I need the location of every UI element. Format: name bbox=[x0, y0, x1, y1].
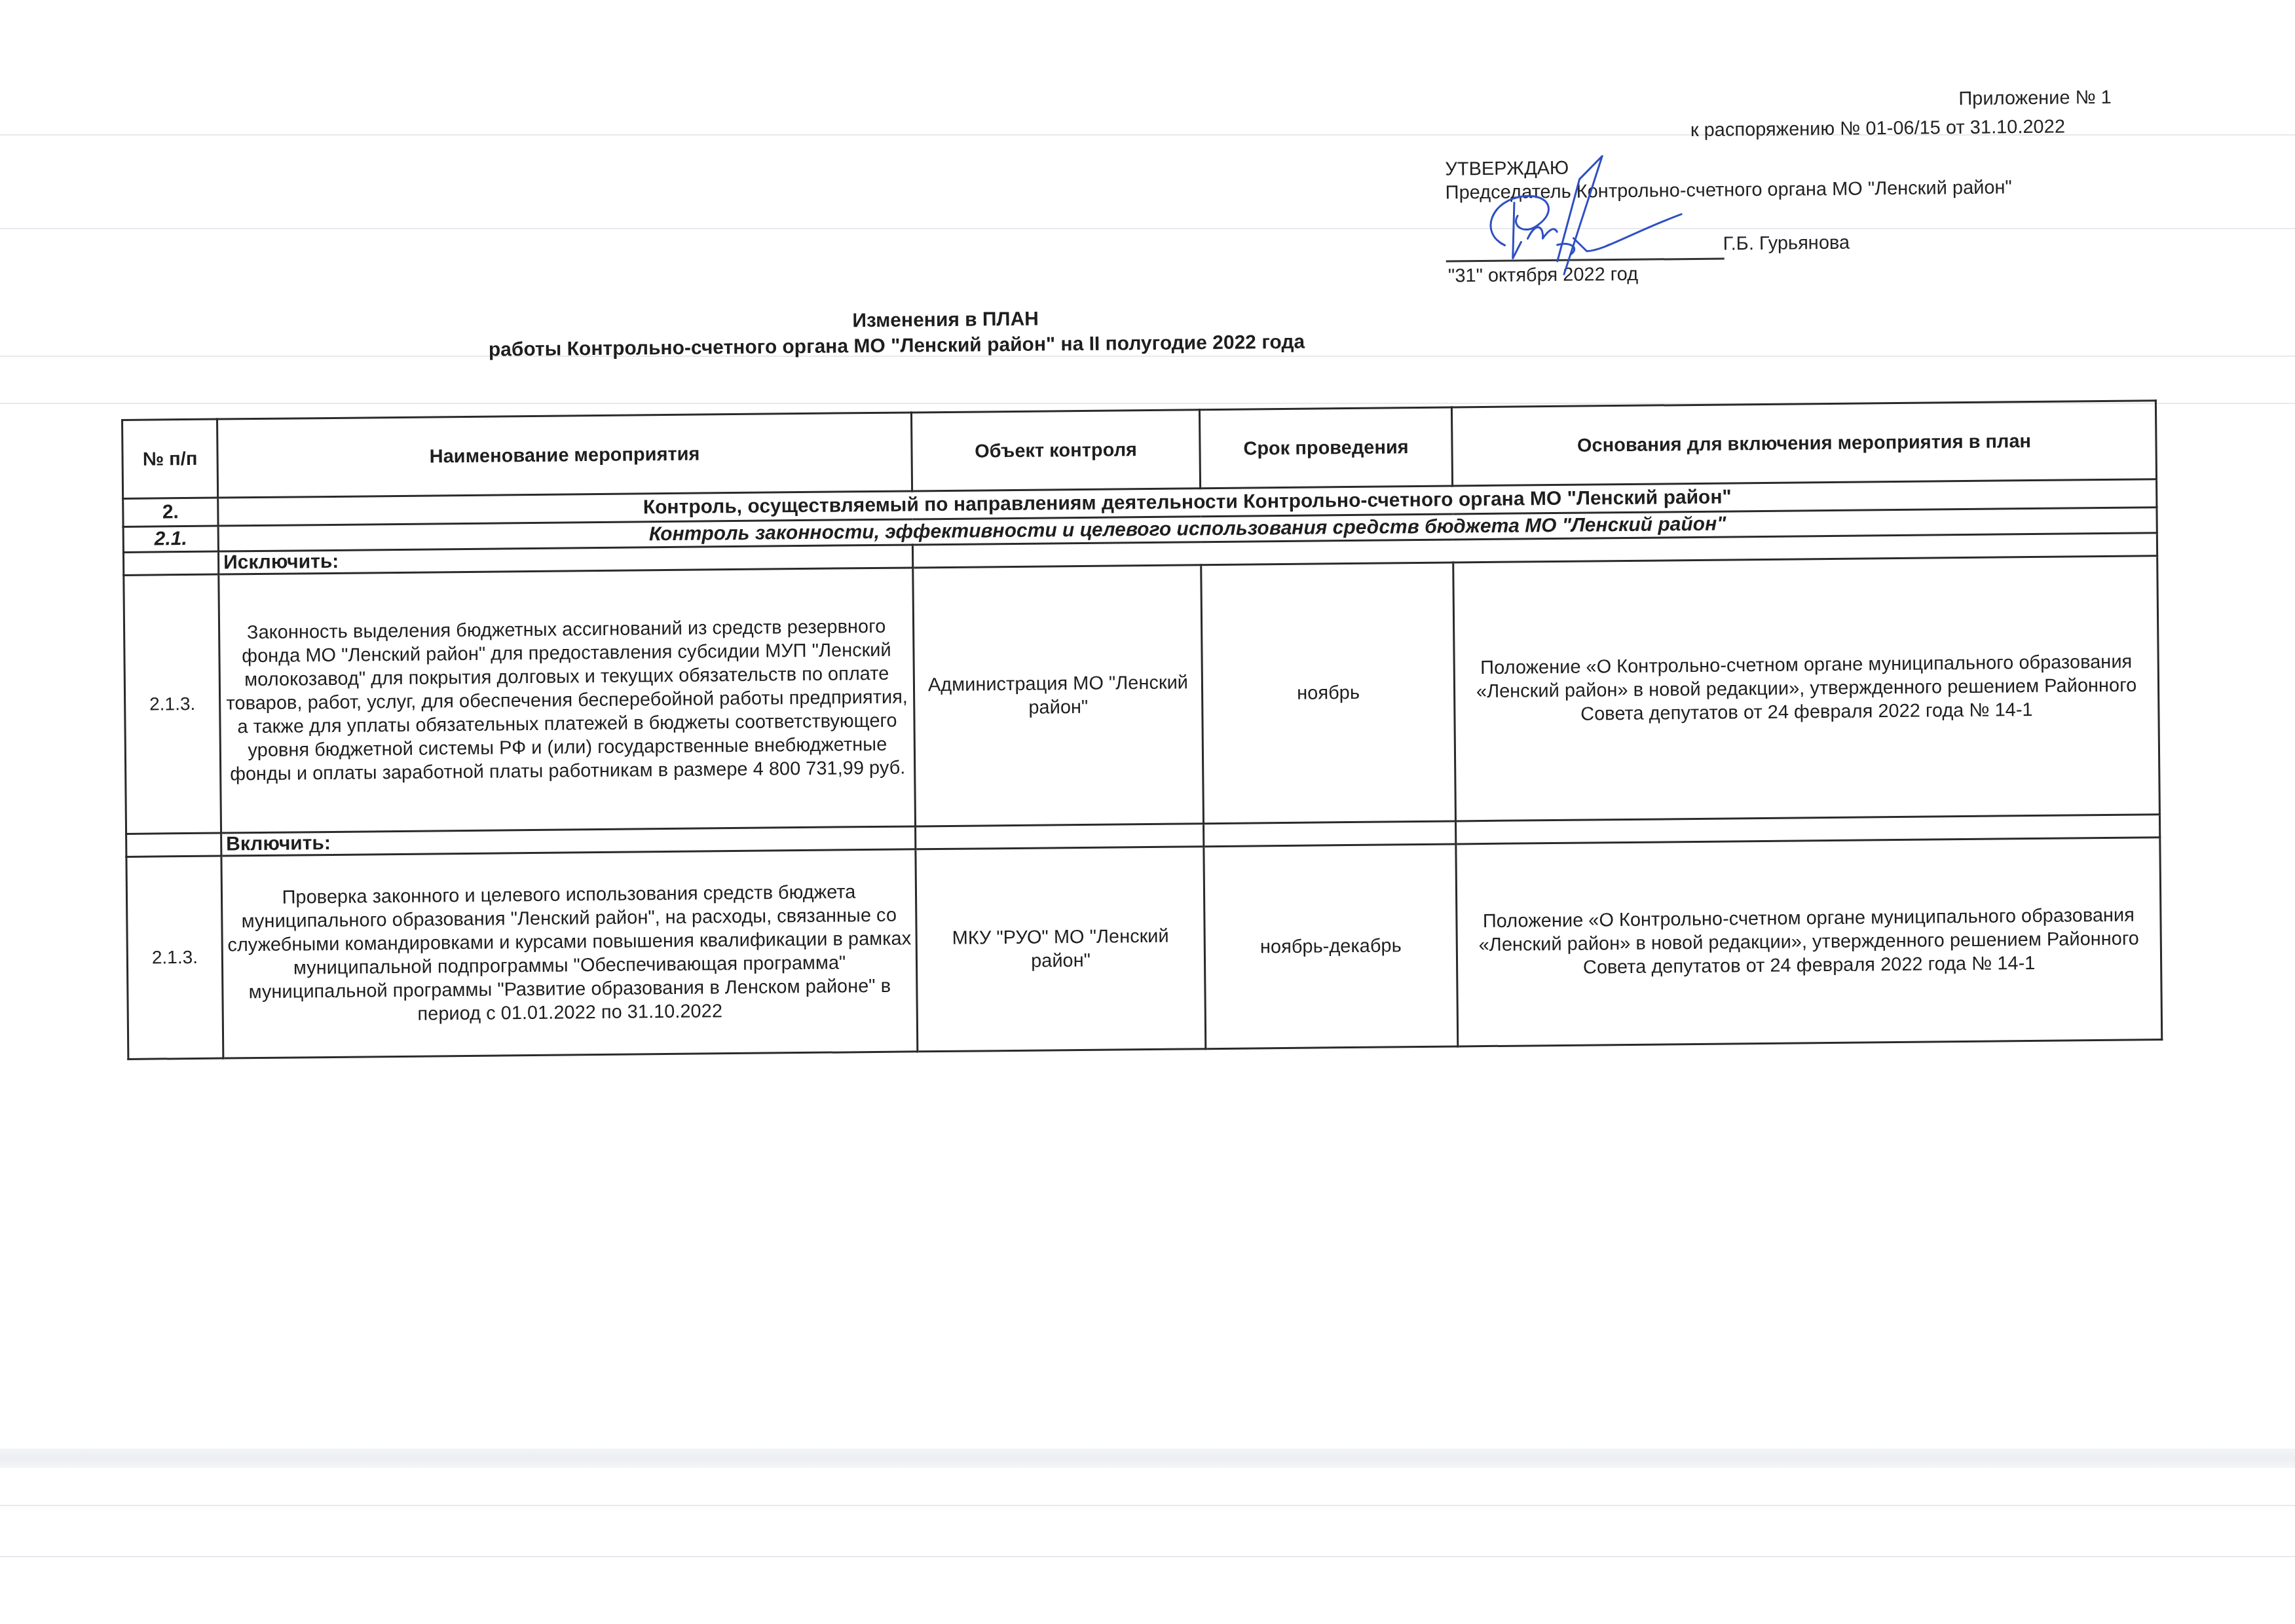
appendix-order-reference: к распоряжению № 01-06/15 от 31.10.2022 bbox=[1690, 116, 2065, 141]
item-control-object: МКУ "РУО" МО "Ленский район" bbox=[916, 847, 1206, 1052]
empty-cell bbox=[123, 551, 218, 575]
empty-cell bbox=[916, 824, 1204, 849]
header-number: № п/п bbox=[122, 419, 218, 498]
header-basis: Основания для включения мероприятия в пл… bbox=[1451, 401, 2156, 486]
empty-cell bbox=[126, 833, 221, 857]
plan-changes-table: № п/п Наименование мероприятия Объект ко… bbox=[121, 399, 2163, 1060]
item-name: Законность выделения бюджетных ассигнова… bbox=[219, 568, 916, 833]
table-row: 2.1.3. Законность выделения бюджетных ас… bbox=[124, 556, 2160, 834]
item-basis: Положение «О Контрольно-счетном органе м… bbox=[1456, 838, 2162, 1046]
handwritten-signature-icon bbox=[1465, 151, 1728, 285]
signer-name: Г.Б. Гурьянова bbox=[1723, 232, 1850, 255]
item-number: 2.1.3. bbox=[124, 574, 221, 834]
item-period: ноябрь bbox=[1201, 563, 1456, 824]
table-row: 2.1.3. Проверка законного и целевого исп… bbox=[126, 838, 2162, 1060]
item-number: 2.1.3. bbox=[126, 856, 223, 1059]
empty-cell bbox=[1204, 821, 1456, 847]
item-basis: Положение «О Контрольно-счетном органе м… bbox=[1453, 556, 2160, 821]
header-event-name: Наименование мероприятия bbox=[217, 413, 912, 498]
section-number: 2. bbox=[123, 498, 218, 526]
item-period: ноябрь-декабрь bbox=[1204, 844, 1458, 1049]
appendix-number: Приложение № 1 bbox=[1958, 87, 2112, 110]
subsection-number: 2.1. bbox=[123, 526, 218, 552]
item-control-object: Администрация МО "Ленский район" bbox=[913, 565, 1204, 826]
header-period: Срок проведения bbox=[1199, 407, 1452, 489]
item-name: Проверка законного и целевого использова… bbox=[221, 849, 918, 1058]
document-page: Приложение № 1 к распоряжению № 01-06/15… bbox=[0, 0, 2295, 1624]
header-control-object: Объект контроля bbox=[911, 410, 1200, 491]
